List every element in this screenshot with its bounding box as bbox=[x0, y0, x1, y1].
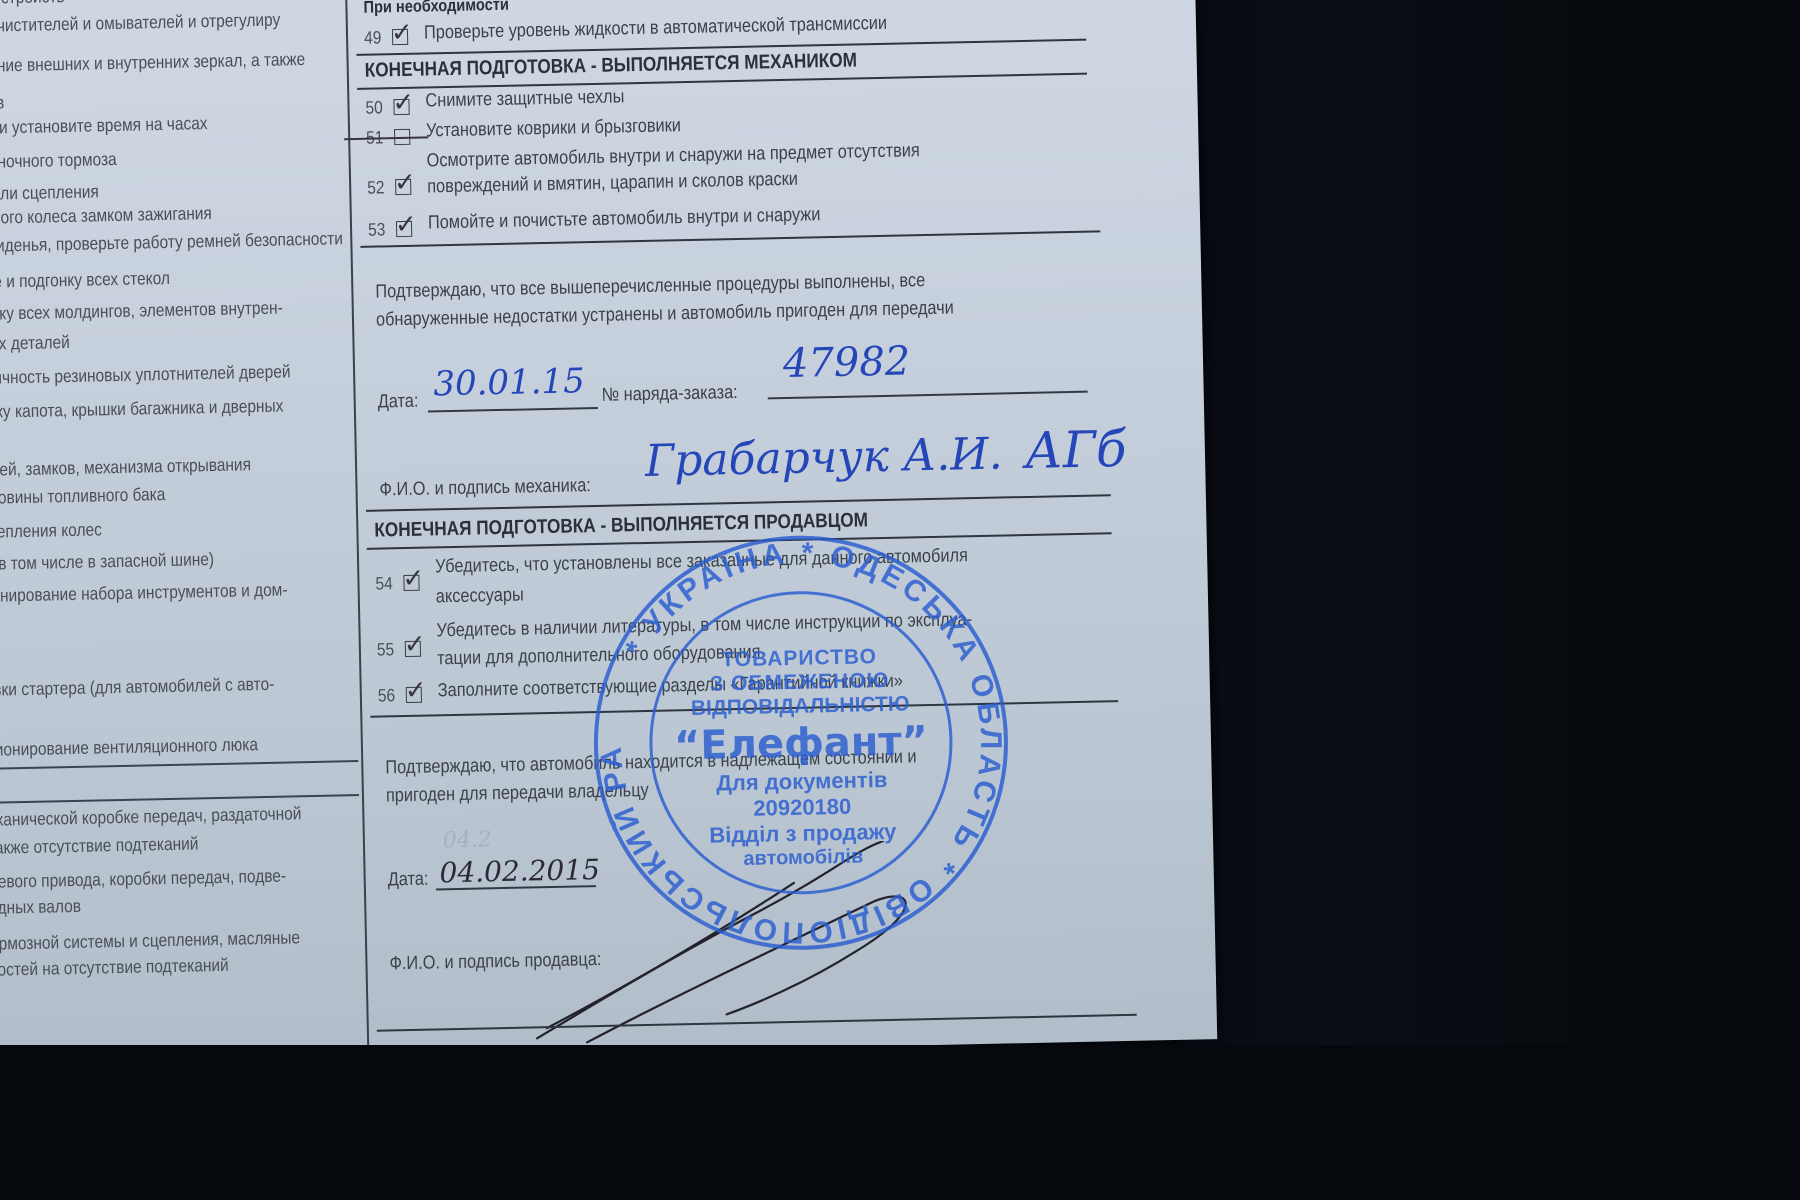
mechanic-signature-value[interactable]: Грабарчук А.И. bbox=[644, 428, 1003, 486]
item-text: Убедитесь в наличии литературы, в том чи… bbox=[436, 609, 972, 642]
mechanic-signature-mark: АГб bbox=[1024, 420, 1127, 480]
left-line: также отсутствие подтеканий bbox=[0, 833, 199, 858]
mechanic-confirmation-line1: Подтверждаю, что все вышеперечисленные п… bbox=[375, 270, 925, 304]
left-divider bbox=[0, 760, 364, 770]
seller-confirmation-line2: пригоден для передачи владельцу bbox=[386, 780, 649, 807]
checkmark-icon: ✓ bbox=[394, 170, 416, 196]
mechanic-date-label: Дата: bbox=[377, 391, 418, 414]
item-number: 56 bbox=[378, 685, 396, 706]
right-column-checklist: При необходимости 49 ✓ Проверьте уровень… bbox=[355, 0, 1147, 1045]
dark-background bbox=[1180, 0, 1568, 1045]
item-text: Проверьте уровень жидкости в автоматичес… bbox=[424, 13, 888, 45]
left-line: лоочистителей и омывателей и отрегулиру bbox=[0, 10, 280, 37]
checkbox-53[interactable]: ✓ bbox=[396, 221, 412, 237]
left-line: ование внешних и внутренних зеркал, а та… bbox=[0, 49, 305, 77]
checkmark-icon: ✓ bbox=[402, 566, 424, 592]
section-divider bbox=[370, 700, 1118, 718]
checkbox-54[interactable]: ✓ bbox=[403, 575, 419, 591]
item-number: 50 bbox=[365, 97, 383, 118]
left-line: ых устройств bbox=[0, 0, 65, 9]
left-line: ционирование вентиляционного люка bbox=[0, 734, 258, 761]
item-number: 54 bbox=[375, 573, 393, 594]
seller-confirmation-line1: Подтверждаю, что автомобиль находится в … bbox=[385, 746, 917, 779]
left-line: ние и подгонку всех стекол bbox=[0, 268, 170, 293]
item-text: Убедитесь, что установлены все заказанны… bbox=[435, 545, 968, 578]
left-line: гонку всех молдингов, элементов внутрен- bbox=[0, 298, 283, 325]
service-checklist-page: ых устройств лоочистителей и омывателей … bbox=[0, 0, 1217, 1045]
left-line: овки стартера (для автомобилей с авто- bbox=[0, 674, 274, 701]
left-column-checklist: ых устройств лоочистителей и омывателей … bbox=[0, 0, 364, 1045]
checkbox-56[interactable]: ✓ bbox=[406, 687, 422, 703]
seller-date-label: Дата: bbox=[388, 869, 429, 892]
mechanic-date-value[interactable]: 30.01.15 bbox=[433, 361, 585, 404]
left-line: ионирование набора инструментов и дом- bbox=[0, 579, 288, 606]
section-seller-title: КОНЕЧНАЯ ПОДГОТОВКА - ВЫПОЛНЯЕТСЯ ПРОДАВ… bbox=[374, 509, 868, 542]
left-line: ормозной системы и сцепления, масляные bbox=[0, 927, 300, 954]
item-number: 53 bbox=[368, 219, 386, 240]
left-line: ьков bbox=[0, 92, 4, 114]
left-line: едали сцепления bbox=[0, 181, 99, 205]
left-line: ючей, замков, механизма открывания bbox=[0, 454, 251, 481]
left-line: тояночного тормоза bbox=[0, 149, 117, 173]
item-text: Снимите защитные чехлы bbox=[425, 86, 624, 112]
left-line: левого колеса замком зажигания bbox=[0, 203, 212, 229]
left-line: щих деталей bbox=[0, 332, 70, 355]
mechanic-signature-label: Ф.И.О. и подпись механика: bbox=[379, 475, 591, 501]
left-line: еханической коробке передач, раздаточной bbox=[0, 803, 302, 831]
item-text: Осмотрите автомобиль внутри и снаружи на… bbox=[426, 140, 920, 172]
checkbox-49[interactable]: ✓ bbox=[392, 29, 408, 45]
checkbox-52[interactable]: ✓ bbox=[395, 179, 411, 195]
item-text: Помойте и почистьте автомобиль внутри и … bbox=[428, 204, 821, 234]
checkmark-icon: ✓ bbox=[392, 90, 414, 116]
left-line: левого привода, коробки передач, подве- bbox=[0, 866, 286, 893]
item-text: тации для дополнительного оборудования bbox=[437, 642, 761, 671]
left-line: етичность резиновых уплотнителей дверей bbox=[0, 361, 291, 389]
item-text: повреждений и вмятин, царапин и сколов к… bbox=[427, 169, 798, 199]
item-text: Заполните соответствующие разделы «Гаран… bbox=[438, 671, 904, 703]
order-number-value[interactable]: 47982 bbox=[783, 338, 911, 387]
section-mechanic-title: КОНЕЧНАЯ ПОДГОТОВКА - ВЫПОЛНЯЕТСЯ МЕХАНИ… bbox=[365, 49, 858, 82]
mechanic-confirmation-line2: обнаруженные недостатки устранены и авто… bbox=[376, 297, 954, 331]
item-number: 49 bbox=[364, 27, 382, 48]
faint-pencil-note: 04.2 bbox=[443, 827, 492, 853]
left-line: костей на отсутствие подтеканий bbox=[0, 955, 229, 981]
item-text: Установите коврики и брызговики bbox=[426, 115, 681, 142]
date-underline bbox=[428, 407, 598, 412]
checkmark-icon: ✓ bbox=[405, 678, 427, 704]
checkmark-icon: ✓ bbox=[391, 20, 413, 46]
left-line: мы и установите время на часах bbox=[0, 113, 208, 139]
left-line: рловины топливного бака bbox=[0, 484, 166, 509]
checkbox-50[interactable]: ✓ bbox=[393, 99, 409, 115]
checkbox-55[interactable]: ✓ bbox=[405, 641, 421, 657]
seller-signature-scribble[interactable] bbox=[523, 840, 947, 1045]
item-text: аксессуары bbox=[436, 585, 524, 609]
left-line: онку капота, крышки багажника и дверных bbox=[0, 396, 284, 423]
item-number: 55 bbox=[377, 639, 395, 660]
left-line: к (в том числе в запасной шине) bbox=[0, 549, 214, 575]
left-line: е сиденья, проверьте работу ремней безоп… bbox=[0, 228, 343, 257]
checkmark-icon: ✓ bbox=[404, 632, 426, 658]
strike-through-line bbox=[344, 136, 428, 139]
checkmark-icon: ✓ bbox=[395, 212, 417, 238]
left-line: крепления колес bbox=[0, 519, 102, 543]
order-underline bbox=[768, 391, 1088, 399]
left-line: одных валов bbox=[0, 896, 81, 919]
order-number-label: № наряда-заказа: bbox=[601, 382, 738, 407]
item-number: 52 bbox=[367, 177, 385, 198]
section-optional-title: При необходимости bbox=[363, 0, 509, 18]
left-divider bbox=[0, 794, 364, 804]
